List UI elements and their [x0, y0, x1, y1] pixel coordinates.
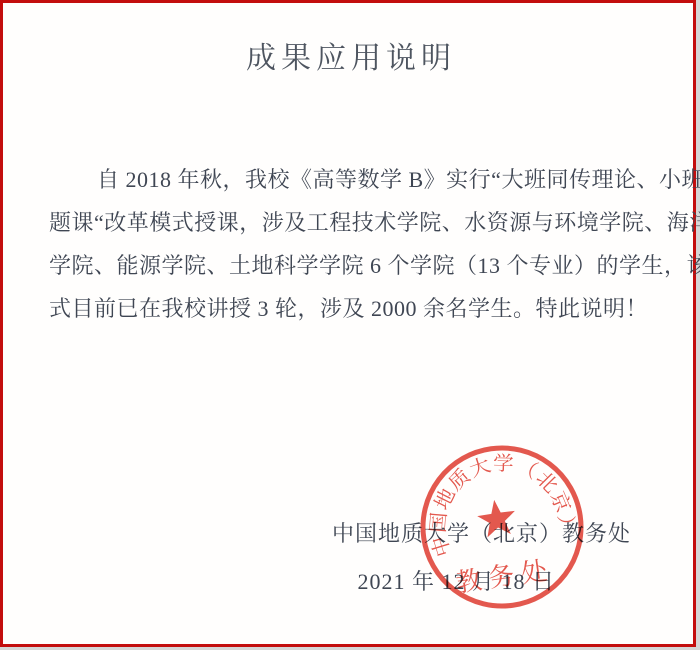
signature-line: 中国地质大学（北京）教务处	[332, 517, 631, 548]
document-title: 成果应用说明	[3, 33, 699, 77]
scanned-document-page: 成果应用说明 自 2018 年秋，我校《高等数学 B》实行“大班同传理论、小班习…	[0, 0, 700, 650]
document-body: 自 2018 年秋，我校《高等数学 B》实行“大班同传理论、小班习 题课“改革模…	[49, 158, 663, 330]
body-line: 题课“改革模式授课，涉及工程技术学院、水资源与环境学院、海洋	[49, 201, 663, 244]
body-line: 学院、能源学院、土地科学学院 6 个学院（13 个专业）的学生，该模	[49, 244, 663, 287]
body-line: 式目前已在我校讲授 3 轮，涉及 2000 余名学生。特此说明！	[49, 287, 663, 330]
date-line: 2021 年 12 月 18 日	[357, 565, 555, 596]
body-line: 自 2018 年秋，我校《高等数学 B》实行“大班同传理论、小班习	[49, 158, 663, 201]
paper-sheet: 成果应用说明 自 2018 年秋，我校《高等数学 B》实行“大班同传理论、小班习…	[0, 0, 696, 647]
